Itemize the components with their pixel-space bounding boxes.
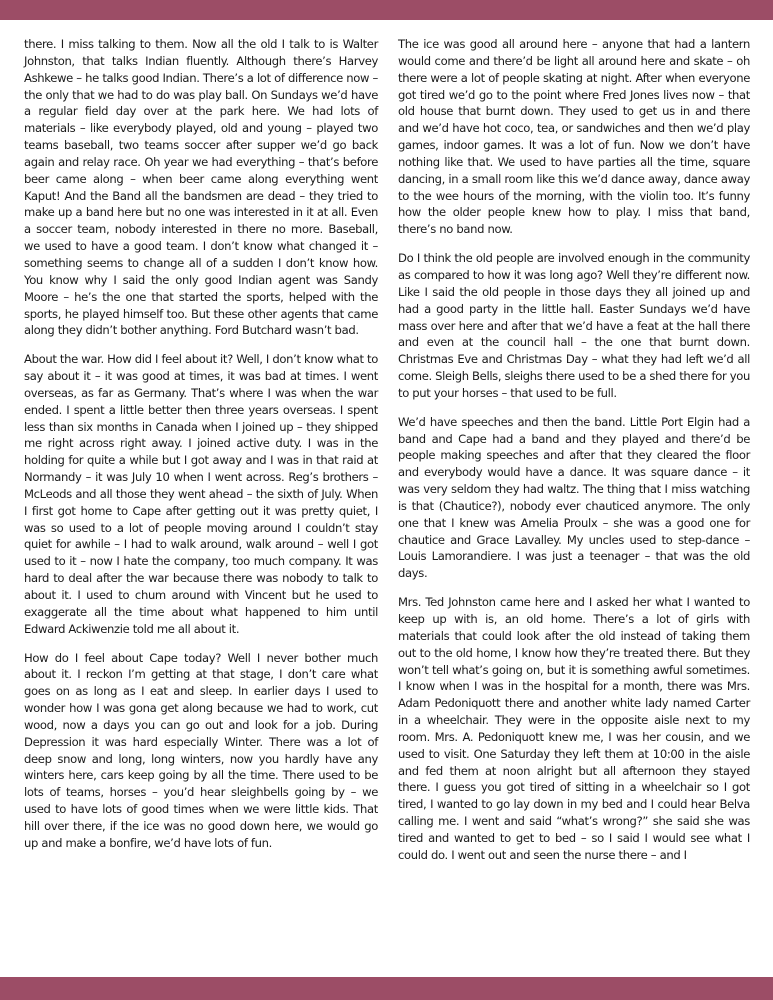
paragraph-old-people: Do I think the old people are involved e… [398, 250, 750, 402]
header-band [0, 0, 773, 20]
paragraph-war: About the war. How did I feel about it? … [24, 351, 378, 637]
paragraph-old-home: Mrs. Ted Johnston came here and I asked … [398, 594, 750, 864]
right-column: The ice was good all around here – anyon… [398, 36, 750, 876]
paragraph-baseball: there. I miss talking to them. Now all t… [24, 36, 378, 339]
footer-band [0, 977, 773, 1000]
paragraph-speeches-band: We’d have speeches and then the band. Li… [398, 414, 750, 582]
paragraph-skating: The ice was good all around here – anyon… [398, 36, 750, 238]
left-column: there. I miss talking to them. Now all t… [24, 36, 378, 864]
paragraph-cape-today: How do I feel about Cape today? Well I n… [24, 650, 378, 852]
